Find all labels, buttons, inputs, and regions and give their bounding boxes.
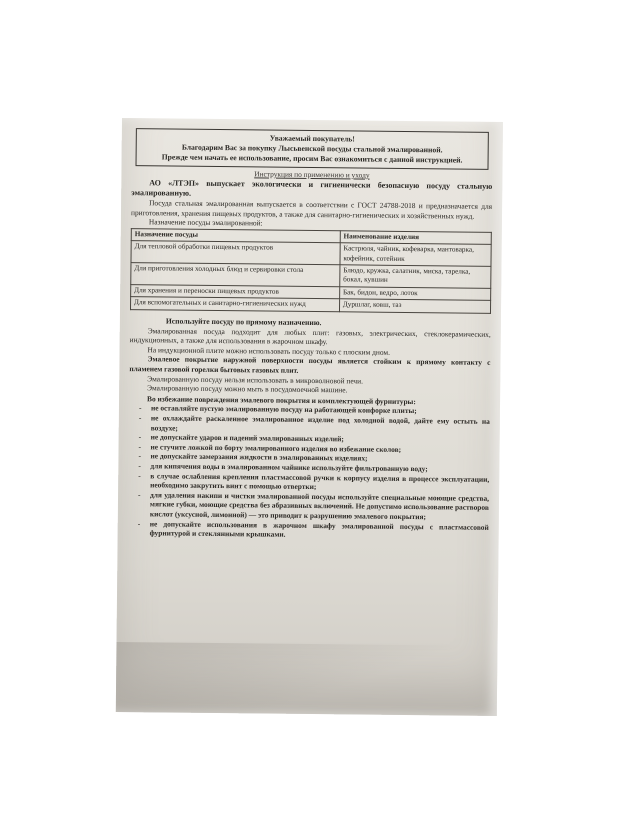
row-items: Блюдо, кружка, салатник, миска, тарелка,… — [340, 265, 491, 288]
table-row: Для вспомогательных и санитарно-гигиенич… — [130, 297, 490, 313]
instruction-sheet-photo: Уважаемый покупатель! Благодарим Вас за … — [116, 118, 503, 716]
row-purpose: Для приготовления холодных блюд и сервир… — [131, 263, 340, 287]
row-items: Дуршлаг, ковш, таз — [339, 299, 490, 313]
row-items: Кастрюля, чайник, кофеварка, мантоварка,… — [340, 243, 491, 266]
row-purpose: Для тепловой обработки пищевых продуктов — [131, 241, 340, 265]
customer-notice-box: Уважаемый покупатель! Благодарим Вас за … — [135, 128, 488, 170]
care-rules-list: не оставляйте пустую эмалированную посуд… — [128, 403, 490, 541]
list-item: не допускайте использования в жарочном ш… — [138, 519, 489, 542]
list-item: для удаления накипи и чистки эмалированн… — [138, 490, 489, 522]
row-purpose: Для вспомогательных и санитарно-гигиенич… — [130, 297, 339, 312]
usage-table: Назначение посуды Наименование изделия Д… — [130, 228, 492, 314]
